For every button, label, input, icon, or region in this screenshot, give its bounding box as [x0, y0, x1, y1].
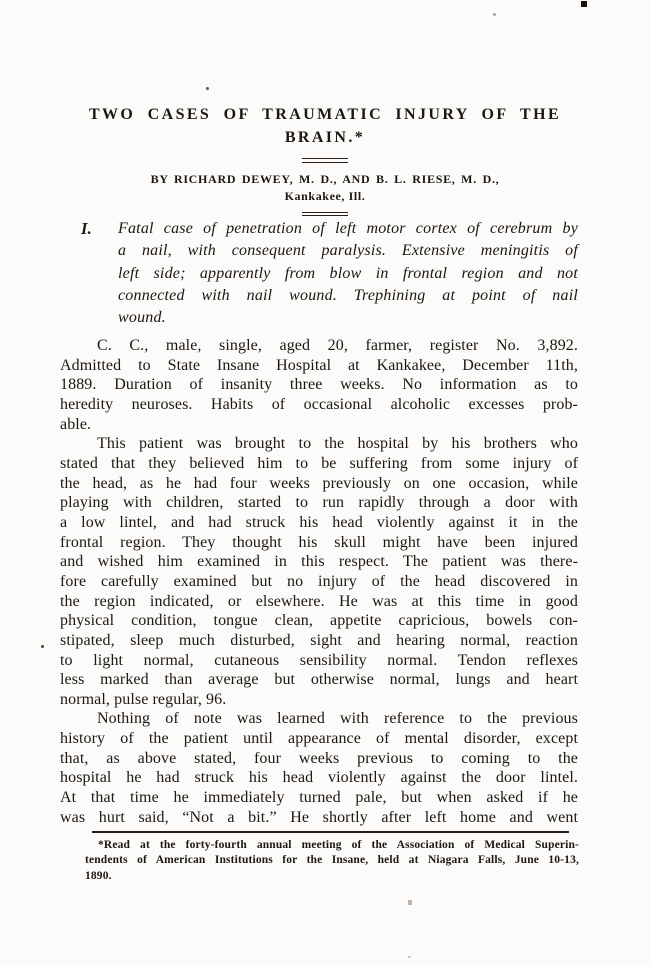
- text-line: to light normal, cutaneous sensibility n…: [60, 651, 578, 671]
- text-line: a nail, with consequent paralysis. Exten…: [118, 240, 578, 262]
- text-line: frontal region. They thought his skull m…: [60, 533, 578, 553]
- paragraph-admission-history: This patient was brought to the hospital…: [60, 434, 578, 709]
- text-line: heredity neuroses. Habits of occasional …: [60, 395, 578, 415]
- article-header: TWO CASES OF TRAUMATIC INJURY OF THE BRA…: [65, 103, 585, 216]
- text-line: 1890.: [85, 869, 579, 884]
- text-line: physical condition, tongue clean, appeti…: [60, 611, 578, 631]
- text-line: This patient was brought to the hospital…: [60, 434, 578, 454]
- author-byline: BY RICHARD DEWEY, M. D., AND B. L. RIESE…: [65, 172, 585, 186]
- text-line: the region indicated, or elsewhere. He w…: [60, 592, 578, 612]
- text-line: Admitted to State Insane Hospital at Kan…: [60, 356, 578, 376]
- article-body: C. C., male, single, aged 20, farmer, re…: [60, 336, 578, 827]
- text-line: the head, as he had four weeks previousl…: [60, 474, 578, 494]
- paragraph-previous-history: Nothing of note was learned with referen…: [60, 709, 578, 827]
- ink-speck-bottom-faint: [408, 956, 411, 958]
- text-line: 1889. Duration of insanity three weeks. …: [60, 375, 578, 395]
- footnote-text: *Read at the forty-fourth annual meeting…: [85, 838, 579, 884]
- article-title-line1: TWO CASES OF TRAUMATIC INJURY OF THE: [65, 103, 585, 126]
- text-line: normal, pulse regular, 96.: [60, 690, 578, 710]
- article-title-line2: BRAIN.*: [65, 126, 585, 149]
- footnote-divider-rule: [92, 831, 569, 833]
- author-location: Kankakee, Ill.: [65, 189, 585, 203]
- text-line: connected with nail wound. Trephining at…: [118, 285, 578, 307]
- text-line: and wished him examined in this respect.…: [60, 552, 578, 572]
- ink-speck-top-right: [581, 1, 587, 7]
- text-line: less marked than average but otherwise n…: [60, 670, 578, 690]
- text-line: able.: [60, 415, 578, 435]
- scanned-paper-page: TWO CASES OF TRAUMATIC INJURY OF THE BRA…: [0, 0, 650, 966]
- case-summary-section: I. Fatal case of penetration of left mot…: [60, 218, 578, 329]
- title-divider-rule: [302, 158, 348, 163]
- text-line: wound.: [118, 307, 578, 329]
- text-line: At that time he immediately turned pale,…: [60, 788, 578, 808]
- text-line: Nothing of note was learned with referen…: [60, 709, 578, 729]
- text-line: a low lintel, and had struck his head vi…: [60, 513, 578, 533]
- ink-speck-left-margin: [41, 645, 44, 648]
- ink-speck-above-title: [206, 87, 209, 90]
- case-roman-numeral: I.: [81, 218, 92, 240]
- ink-speck-top-right-faint: [493, 13, 496, 16]
- text-line: hospital he had struck his head violentl…: [60, 768, 578, 788]
- text-line: playing with children, started to run ra…: [60, 493, 578, 513]
- text-line: Fatal case of penetration of left motor …: [118, 218, 578, 240]
- text-line: that, as above stated, four weeks previo…: [60, 749, 578, 769]
- paragraph-case-description: C. C., male, single, aged 20, farmer, re…: [60, 336, 578, 434]
- header-divider-rule: [302, 212, 348, 217]
- text-line: *Read at the forty-fourth annual meeting…: [85, 838, 579, 853]
- text-line: was hurt said, “Not a bit.” He shortly a…: [60, 808, 578, 828]
- text-line: stated that they believed him to be suff…: [60, 454, 578, 474]
- text-line: C. C., male, single, aged 20, farmer, re…: [60, 336, 578, 356]
- ink-speck-bottom: [408, 900, 412, 905]
- text-line: tendents of American Institutions for th…: [85, 853, 579, 868]
- text-line: stipated, sleep much disturbed, sight an…: [60, 631, 578, 651]
- text-line: history of the patient until appearance …: [60, 729, 578, 749]
- text-line: fore carefully examined but no injury of…: [60, 572, 578, 592]
- case-summary-text: Fatal case of penetration of left motor …: [118, 218, 578, 329]
- text-line: left side; apparently from blow in front…: [118, 263, 578, 285]
